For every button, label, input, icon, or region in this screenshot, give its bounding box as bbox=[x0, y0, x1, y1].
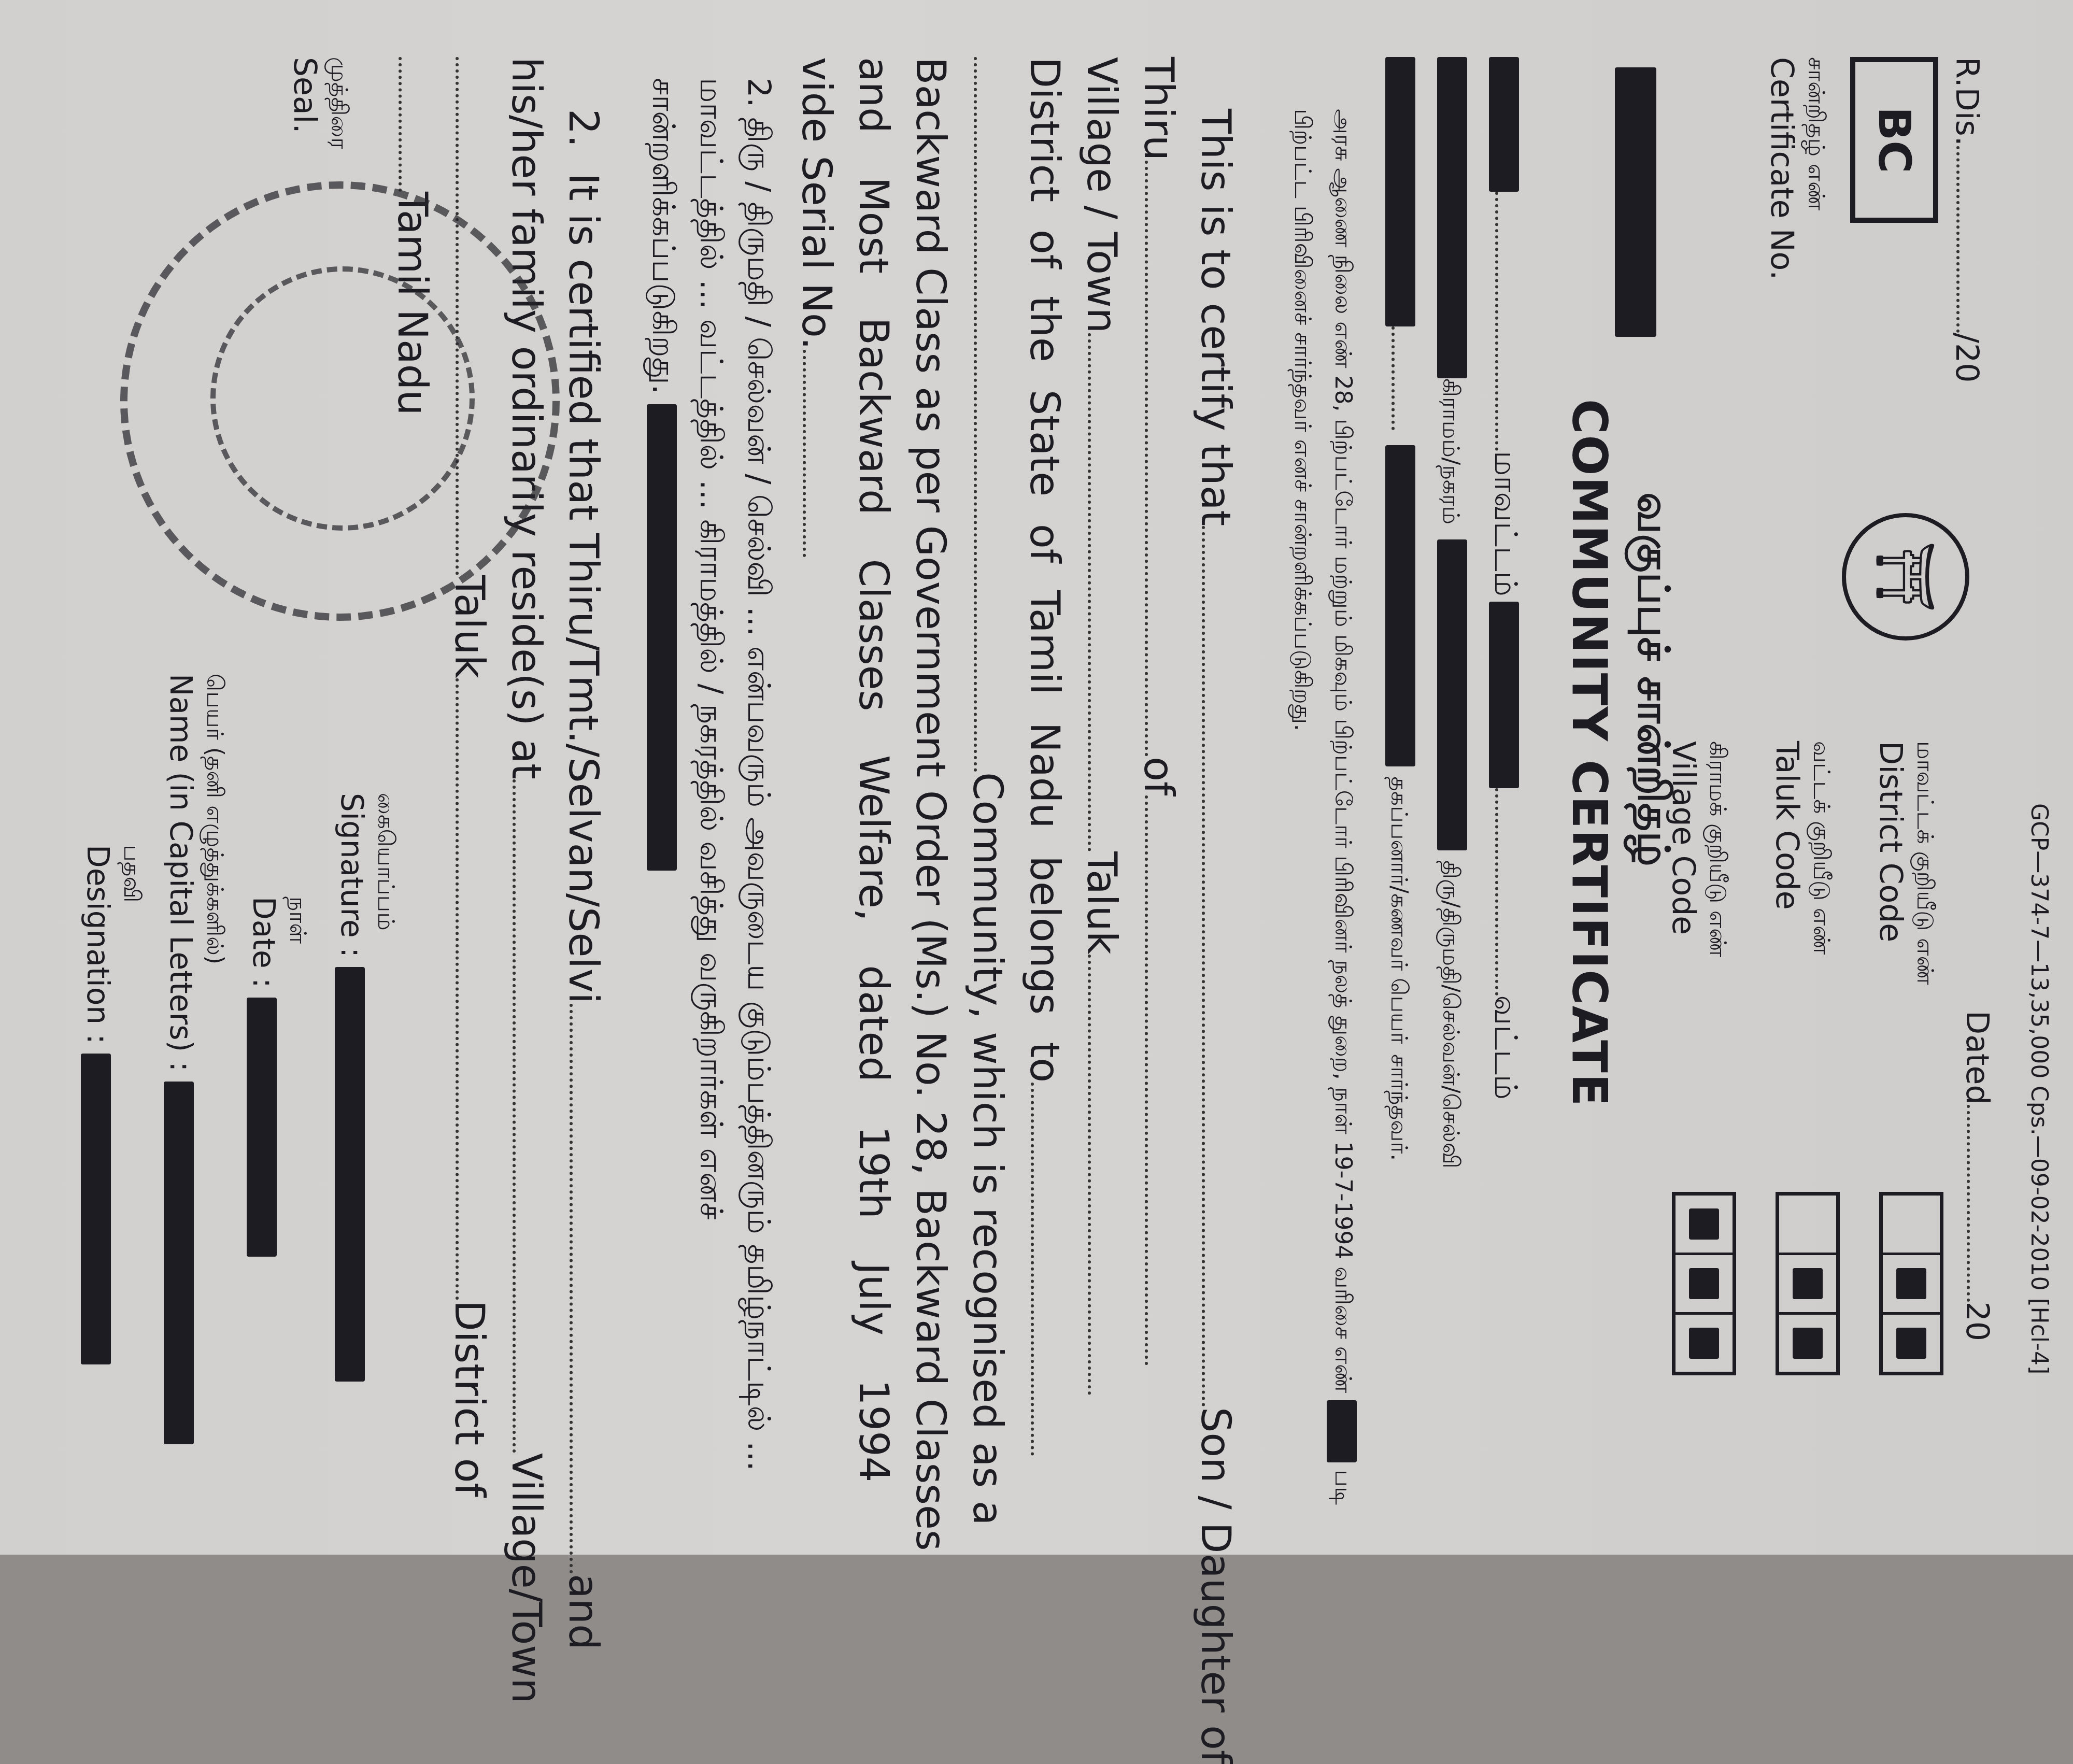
english-para1-line6: Backward Class as per Government Order (… bbox=[907, 57, 954, 1551]
tamil-para1-line2: கிராமம்/நகரம் திரு/திருமதி/செல்வன்/செல்வ… bbox=[1435, 57, 1472, 1169]
english-para1-line8: vide Serial No. bbox=[793, 57, 840, 557]
category-badge: BC bbox=[1850, 57, 1938, 223]
certificate-no-label-ta: சான்றிதழ் எண் bbox=[1800, 57, 1829, 280]
english-para2-line1: 2. It is certified that Thiru/Tmt./Selva… bbox=[560, 109, 606, 1555]
certificate-no-field: சான்றிதழ் எண் Certificate No. bbox=[1764, 57, 1829, 280]
seal-label: முத்திரை Seal. bbox=[287, 57, 352, 149]
taluk-code-row: வட்டக் குறியீடு எண் Taluk Code bbox=[1769, 741, 1835, 955]
district-code-label-ta: மாவட்டக் குறியீடு எண் bbox=[1909, 741, 1938, 985]
district-code-boxes bbox=[1879, 1192, 1943, 1375]
district-code-row: மாவட்டக் குறியீடு எண் District Code bbox=[1872, 741, 1938, 985]
photo-background: GCP—374-7—13,35,000 Cps.—09-02-2010 [Hcl… bbox=[0, 0, 2073, 1555]
english-para1-line5: Community, which is recognised as a bbox=[964, 57, 1011, 1526]
tamil-para1-line1: மாவட்டம்வட்டம் bbox=[1483, 57, 1524, 1100]
r-dis-field: R.Dis./20 bbox=[1949, 57, 1985, 382]
dated-label: Dated bbox=[1959, 1011, 1995, 1105]
taluk-code-boxes bbox=[1776, 1192, 1840, 1375]
taluk-code-label-ta: வட்டக் குறியீடு எண் bbox=[1805, 741, 1835, 955]
certificate-no-label-en: Certificate No. bbox=[1764, 57, 1800, 280]
name-capital-field: பெயர் (தனி எழுத்துக்களில்) Name (in Capi… bbox=[163, 674, 228, 1444]
english-para1-line3: Village / TownTaluk bbox=[1078, 57, 1125, 1395]
designation-field: பதவி Designation : bbox=[80, 845, 145, 1364]
print-reference: GCP—374-7—13,35,000 Cps.—09-02-2010 [Hcl… bbox=[2026, 803, 2052, 1374]
tamil-para1-go-text: அரசு ஆணை நிலை எண் 28, பிற்பட்டோர் மற்றும… bbox=[1282, 109, 1363, 1508]
official-seal-stamp bbox=[120, 181, 560, 621]
tamil-para2: 2. திரு / திருமதி / செல்வன் / செல்வி ...… bbox=[640, 78, 783, 1503]
title-tamil: வகுப்புச் சான்றிதழ் bbox=[1622, 492, 1679, 866]
r-dis-suffix: /20 bbox=[1949, 333, 1985, 383]
signature-field: கையொப்பம் Signature : bbox=[334, 793, 399, 1382]
village-code-label-ta: கிராமக் குறியீடு எண் bbox=[1701, 741, 1731, 957]
certificate-page: GCP—374-7—13,35,000 Cps.—09-02-2010 [Hcl… bbox=[52, 26, 2073, 1529]
district-code-label-en: District Code bbox=[1872, 741, 1909, 985]
english-para1-line7: and Most Backward Classes Welfare, dated… bbox=[850, 57, 897, 1482]
tamil-para1-line3: தகப்பனார்/கணவர் பெயர் சார்ந்தவர். bbox=[1383, 57, 1420, 1161]
dated-field: Dated20 bbox=[1959, 1011, 1995, 1341]
title-english: COMMUNITY CERTIFICATE bbox=[1561, 399, 1617, 1107]
taluk-code-label-en: Taluk Code bbox=[1769, 741, 1805, 955]
english-para1-line1: This is to certify thatSon / Daughter of bbox=[1192, 109, 1239, 1555]
english-para1-line2: Thiruof bbox=[1135, 57, 1182, 1365]
certificate-serial bbox=[1611, 67, 1669, 337]
dated-suffix: 20 bbox=[1959, 1302, 1995, 1341]
r-dis-label: R.Dis. bbox=[1949, 57, 1985, 146]
english-para1-line4: District of the State of Tamil Nadu belo… bbox=[1021, 57, 1068, 1456]
village-code-boxes bbox=[1672, 1192, 1736, 1375]
date-field: நாள் Date : bbox=[246, 897, 311, 1257]
state-emblem-icon: ⛩ bbox=[1842, 513, 1969, 641]
